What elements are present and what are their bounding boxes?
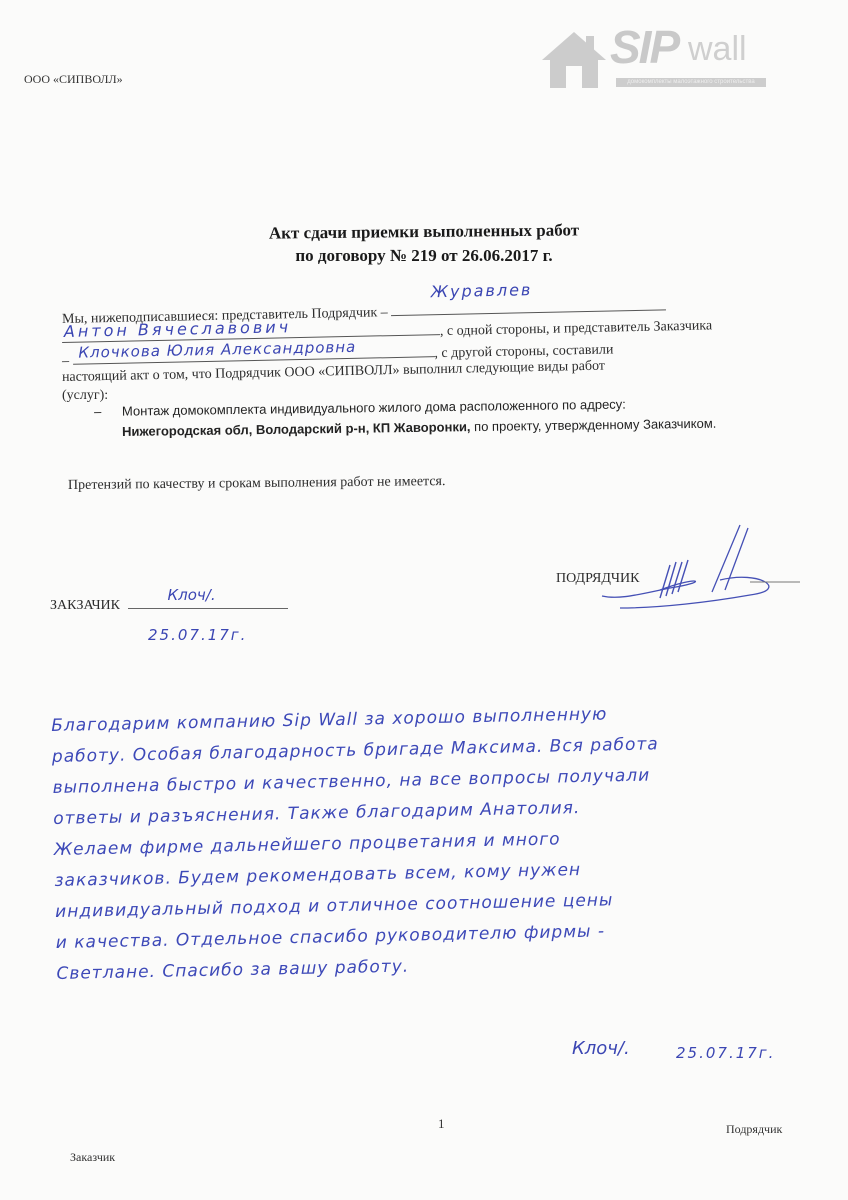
work-item-1-line-1: –Монтаж домокомплекта индивидуального жи… — [94, 397, 626, 419]
customer-rep-field: Клочкова Юлия Александровна — [72, 340, 434, 365]
contractor-rep-name: Антон Вячеславович — [64, 317, 292, 341]
review-signature: Клоч/. — [572, 1038, 630, 1059]
contractor-rep-surname: Журавлев — [431, 280, 533, 301]
customer-signature-line: Клоч/. — [128, 594, 288, 609]
page-number: 1 — [438, 1116, 445, 1132]
contractor-signature — [600, 520, 800, 620]
customer-label: ЗАКЗАЧИК — [50, 598, 120, 613]
customer-signature-block: ЗАКЗАЧИК Клоч/. — [50, 594, 288, 614]
logo-tagline: домокомплекты малоэтажного строительства — [616, 78, 766, 87]
logo-sip: SIP — [610, 20, 678, 74]
intro-line2-suffix: , с одной стороны, и представитель Заказ… — [440, 318, 713, 339]
document-title: Акт сдачи приемки выполненных работ — [0, 218, 848, 247]
list-bullet: – — [94, 404, 122, 419]
house-icon — [540, 30, 608, 90]
work-description: Монтаж домокомплекта индивидуального жил… — [122, 397, 626, 419]
intro-dash: – — [62, 354, 69, 369]
work-project-note: по проекту, утвержденному Заказчиком. — [470, 416, 716, 434]
customer-sign-date: 25.07.17г. — [148, 626, 247, 644]
no-claims-statement: Претензий по качеству и срокам выполнени… — [68, 474, 446, 494]
work-address: Нижегородская обл, Володарский р-н, КП Ж… — [122, 419, 471, 439]
intro-line-5: (услуг): — [62, 388, 108, 404]
contractor-rep-surname-field: Журавлев — [391, 293, 666, 316]
document-subtitle: по договору № 219 от 26.06.2017 г. — [0, 246, 848, 266]
footer-contractor: Подрядчик — [726, 1122, 782, 1137]
footer-customer: Заказчик — [70, 1150, 115, 1165]
company-name: ООО «СИПВОЛЛ» — [24, 72, 123, 87]
work-item-1-line-2: Нижегородская обл, Володарский р-н, КП Ж… — [122, 416, 717, 439]
handwritten-review: Благодарим компанию Sip Wall за хорошо в… — [51, 703, 664, 995]
logo-wall: wall — [688, 30, 747, 69]
sipwall-logo: SIP wall домокомплекты малоэтажного стро… — [540, 26, 770, 92]
customer-signature: Клоч/. — [168, 586, 216, 604]
review-date: 25.07.17г. — [676, 1044, 775, 1062]
